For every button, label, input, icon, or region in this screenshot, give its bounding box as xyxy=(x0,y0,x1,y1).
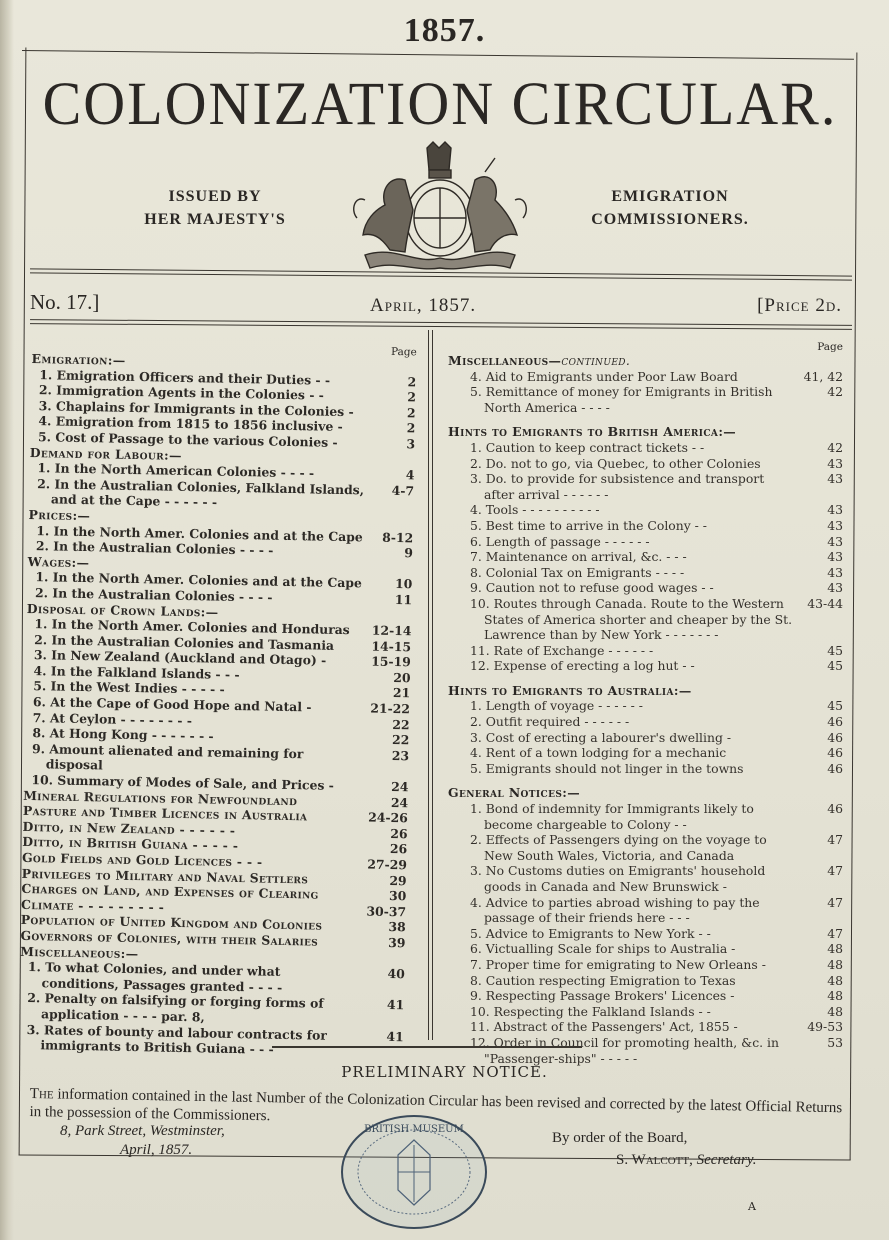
footer-signature-mark: A xyxy=(748,1200,756,1213)
section-heading: General Notices:— xyxy=(448,785,843,801)
issued-left-line1: ISSUED BY xyxy=(125,185,305,208)
toc-entry[interactable]: 4. Aid to Emigrants under Poor Law Board… xyxy=(448,369,843,385)
toc-entry[interactable]: 9. Respecting Passage Brokers' Licences … xyxy=(448,988,843,1004)
issue-price: [Price 2d. xyxy=(757,295,842,317)
issue-number: No. 17.] xyxy=(30,290,99,315)
masthead-year: 1857. xyxy=(0,12,889,50)
toc-entry[interactable]: 12. Order in Council for promoting healt… xyxy=(448,1035,843,1066)
toc-entry[interactable]: 4. Advice to parties abroad wishing to p… xyxy=(448,895,843,926)
section-demand-for-labour: Demand for Labour:— 1. In the North Amer… xyxy=(29,445,415,515)
toc-entry[interactable]: 7. Proper time for emigrating to New Orl… xyxy=(448,957,843,973)
issued-right-line2: COMMISSIONERS. xyxy=(570,208,770,231)
signatory-name: S. Walcott, xyxy=(616,1152,693,1168)
toc-entry[interactable]: 5. Advice to Emigrants to New York - -47 xyxy=(448,926,843,942)
toc-entry[interactable]: 12. Expense of erecting a log hut - -45 xyxy=(448,658,843,674)
section-emigration: Emigration:— 1. Emigration Officers and … xyxy=(30,351,417,452)
section-crown-lands: Disposal of Crown Lands:— 1. In the Nort… xyxy=(23,600,412,794)
toc-entry[interactable]: 1. Length of voyage - - - - - -45 xyxy=(448,698,843,714)
signatory-title: Secretary. xyxy=(697,1152,757,1168)
toc-entry[interactable]: 10. Routes through Canada. Route to the … xyxy=(448,596,843,643)
notice-signature: By order of the Board, S. Walcott, Secre… xyxy=(552,1127,756,1171)
notice-title: PRELIMINARY NOTICE. xyxy=(0,1063,889,1081)
toc-entry[interactable]: 4. Rent of a town lodging for a mechanic… xyxy=(448,745,843,761)
toc-entry[interactable]: 2. Outfit required - - - - - -46 xyxy=(448,714,843,730)
contents-right-column: Page Miscellaneous—continued. 4. Aid to … xyxy=(448,340,843,1066)
toc-entry[interactable]: 4. Tools - - - - - - - - - -43 xyxy=(448,502,843,518)
section-heading: Hints to Emigrants to Australia:— xyxy=(448,683,843,699)
issued-by-label: ISSUED BY HER MAJESTY'S xyxy=(125,185,305,231)
section-hints-british-america: Hints to Emigrants to British America:— … xyxy=(448,424,843,674)
toc-entry[interactable]: 3. No Customs duties on Emigrants' house… xyxy=(448,863,843,894)
section-miscellaneous-continued: Miscellaneous—continued. 4. Aid to Emigr… xyxy=(448,353,843,415)
toc-entry[interactable]: 2. Do. not to go, via Quebec, to other C… xyxy=(448,456,843,472)
contents-left-column: Page Emigration:— 1. Emigration Officers… xyxy=(18,338,417,1060)
toc-entry[interactable]: 11. Abstract of the Passengers' Act, 185… xyxy=(448,1019,843,1035)
masthead-title: COLONIZATION CIRCULAR. xyxy=(40,68,840,138)
address-date: April, 1857. xyxy=(60,1141,225,1160)
toc-entry[interactable]: 9. Caution not to refuse good wages - -4… xyxy=(448,580,843,596)
page: 1857. COLONIZATION CIRCULAR. ISSUED BY H… xyxy=(0,0,889,1240)
section-general-notices: General Notices:— 1. Bond of indemnity f… xyxy=(448,785,843,1066)
toc-entry[interactable]: 5. Remittance of money for Emigrants in … xyxy=(448,384,843,415)
notice-lead: The xyxy=(30,1086,54,1102)
signature-line: By order of the Board, xyxy=(552,1130,687,1146)
issued-right-line1: EMIGRATION xyxy=(570,185,770,208)
topic-list: Mineral Regulations for Newfoundland24 P… xyxy=(20,788,408,951)
column-divider xyxy=(428,330,433,1040)
toc-entry[interactable]: 2. Effects of Passengers dying on the vo… xyxy=(448,832,843,863)
toc-entry[interactable]: 1. Bond of indemnity for Immigrants like… xyxy=(448,801,843,832)
notice-rule xyxy=(272,1046,582,1048)
signature-name-line: S. Walcott, Secretary. xyxy=(552,1149,756,1171)
toc-entry[interactable]: 8. Caution respecting Emigration to Texa… xyxy=(448,973,843,989)
page-column-header: Page xyxy=(448,340,843,353)
toc-entry[interactable]: 6. Length of passage - - - - - -43 xyxy=(448,534,843,550)
toc-entry[interactable]: 5. Best time to arrive in the Colony - -… xyxy=(448,518,843,534)
notice-address: 8, Park Street, Westminster, April, 1857… xyxy=(60,1122,225,1160)
toc-entry[interactable]: 6. Victualling Scale for ships to Austra… xyxy=(448,941,843,957)
toc-entry[interactable]: 11. Rate of Exchange - - - - - -45 xyxy=(448,643,843,659)
toc-entry[interactable]: 3. Cost of erecting a labourer's dwellin… xyxy=(448,730,843,746)
toc-entry[interactable]: 5. Emigrants should not linger in the to… xyxy=(448,761,843,777)
section-heading: Miscellaneous—continued. xyxy=(448,353,843,369)
toc-entry[interactable]: 10. Respecting the Falkland Islands - -4… xyxy=(448,1004,843,1020)
section-heading: Hints to Emigrants to British America:— xyxy=(448,424,843,440)
section-prices: Prices:— 1. In the North Amer. Colonies … xyxy=(28,507,414,561)
royal-coat-of-arms-icon xyxy=(335,140,545,275)
address-line: 8, Park Street, Westminster, xyxy=(60,1123,225,1139)
issued-left-line2: HER MAJESTY'S xyxy=(125,208,305,231)
page-binding-edge xyxy=(0,0,14,1240)
issue-date: April, 1857. xyxy=(370,295,476,317)
toc-entry[interactable]: 1. Caution to keep contract tickets - -4… xyxy=(448,440,843,456)
section-hints-australia: Hints to Emigrants to Australia:— 1. Len… xyxy=(448,683,843,777)
stamp-text: BRITISH MUSEUM xyxy=(364,1124,464,1135)
heading-continued: continued. xyxy=(561,353,630,368)
section-wages: Wages:— 1. In the North Amer. Colonies a… xyxy=(27,554,413,608)
library-stamp-icon: BRITISH MUSEUM xyxy=(338,1110,490,1230)
section-miscellaneous: Miscellaneous:— 1. To what Colonies, and… xyxy=(18,943,405,1060)
toc-entry[interactable]: 3. Do. to provide for subsistence and tr… xyxy=(448,471,843,502)
issue-line: No. 17.] April, 1857. [Price 2d. xyxy=(30,290,852,320)
toc-entry[interactable]: 8. Colonial Tax on Emigrants - - - -43 xyxy=(448,565,843,581)
commissioners-label: EMIGRATION COMMISSIONERS. xyxy=(570,185,770,231)
toc-entry[interactable]: 7. Maintenance on arrival, &c. - - -43 xyxy=(448,549,843,565)
